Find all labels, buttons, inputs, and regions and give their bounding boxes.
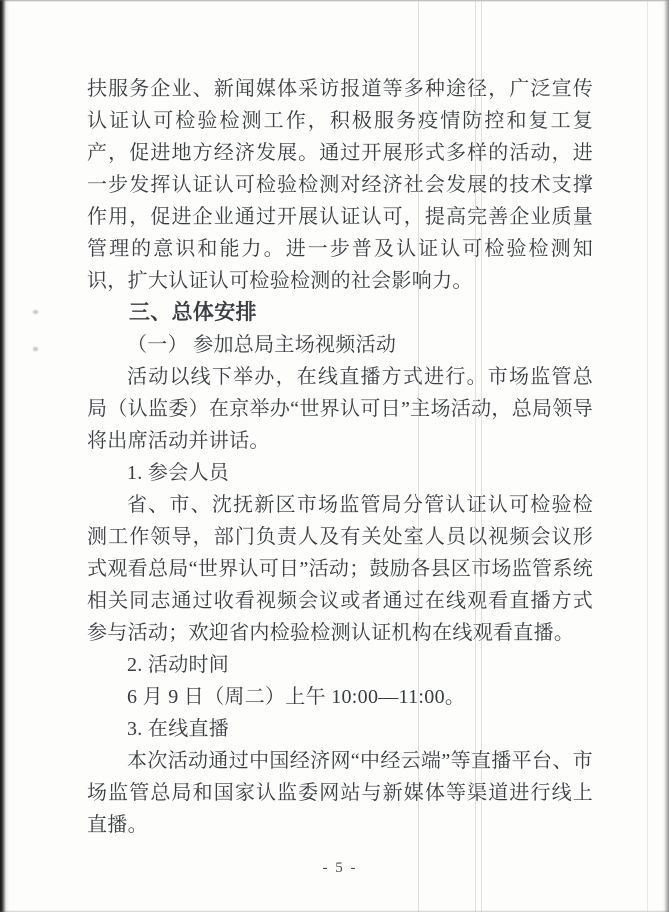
scan-fold-line: [418, 0, 419, 912]
body-paragraph: 本次活动通过中国经济网“中经云端”等直播平台、市场监管总局和国家认监委网站与新媒…: [87, 745, 593, 841]
scan-fold-line: [481, 0, 482, 912]
page-number: - 5 -: [87, 860, 593, 877]
scanned-document-page: 扶服务企业、新闻媒体采访报道等多种途径，广泛宣传认证认可检验检测工作，积极服务疫…: [0, 0, 669, 912]
numbered-heading-live-stream: 3. 在线直播: [87, 713, 593, 745]
subsection-heading-video-event: （一） 参加总局主场视频活动: [87, 329, 593, 361]
numbered-heading-event-time: 2. 活动时间: [87, 649, 593, 681]
scan-shadow-top: [0, 0, 669, 2]
body-paragraph-event-time: 6 月 9 日（周二）上午 10:00—11:00。: [87, 681, 593, 713]
scan-speck: [33, 310, 38, 314]
scan-shadow-left: [0, 0, 9, 912]
scan-shadow-right: [662, 0, 669, 912]
numbered-heading-participants: 1. 参会人员: [87, 457, 593, 489]
body-paragraph: 活动以线下举办，在线直播方式进行。市场监管总局（认监委）在京举办“世界认可日”主…: [87, 361, 593, 457]
document-text-block: 扶服务企业、新闻媒体采访报道等多种途径，广泛宣传认证认可检验检测工作，积极服务疫…: [87, 73, 593, 841]
section-heading-overall-arrangement: 三、总体安排: [87, 297, 593, 329]
body-paragraph-continued: 扶服务企业、新闻媒体采访报道等多种途径，广泛宣传认证认可检验检测工作，积极服务疫…: [87, 73, 593, 297]
body-paragraph: 省、市、沈抚新区市场监管局分管认证认可检验检测工作领导，部门负责人及有关处室人员…: [87, 489, 593, 649]
scan-fold-line: [647, 0, 648, 912]
scan-fold-line: [475, 0, 476, 912]
scan-speck: [33, 347, 38, 351]
